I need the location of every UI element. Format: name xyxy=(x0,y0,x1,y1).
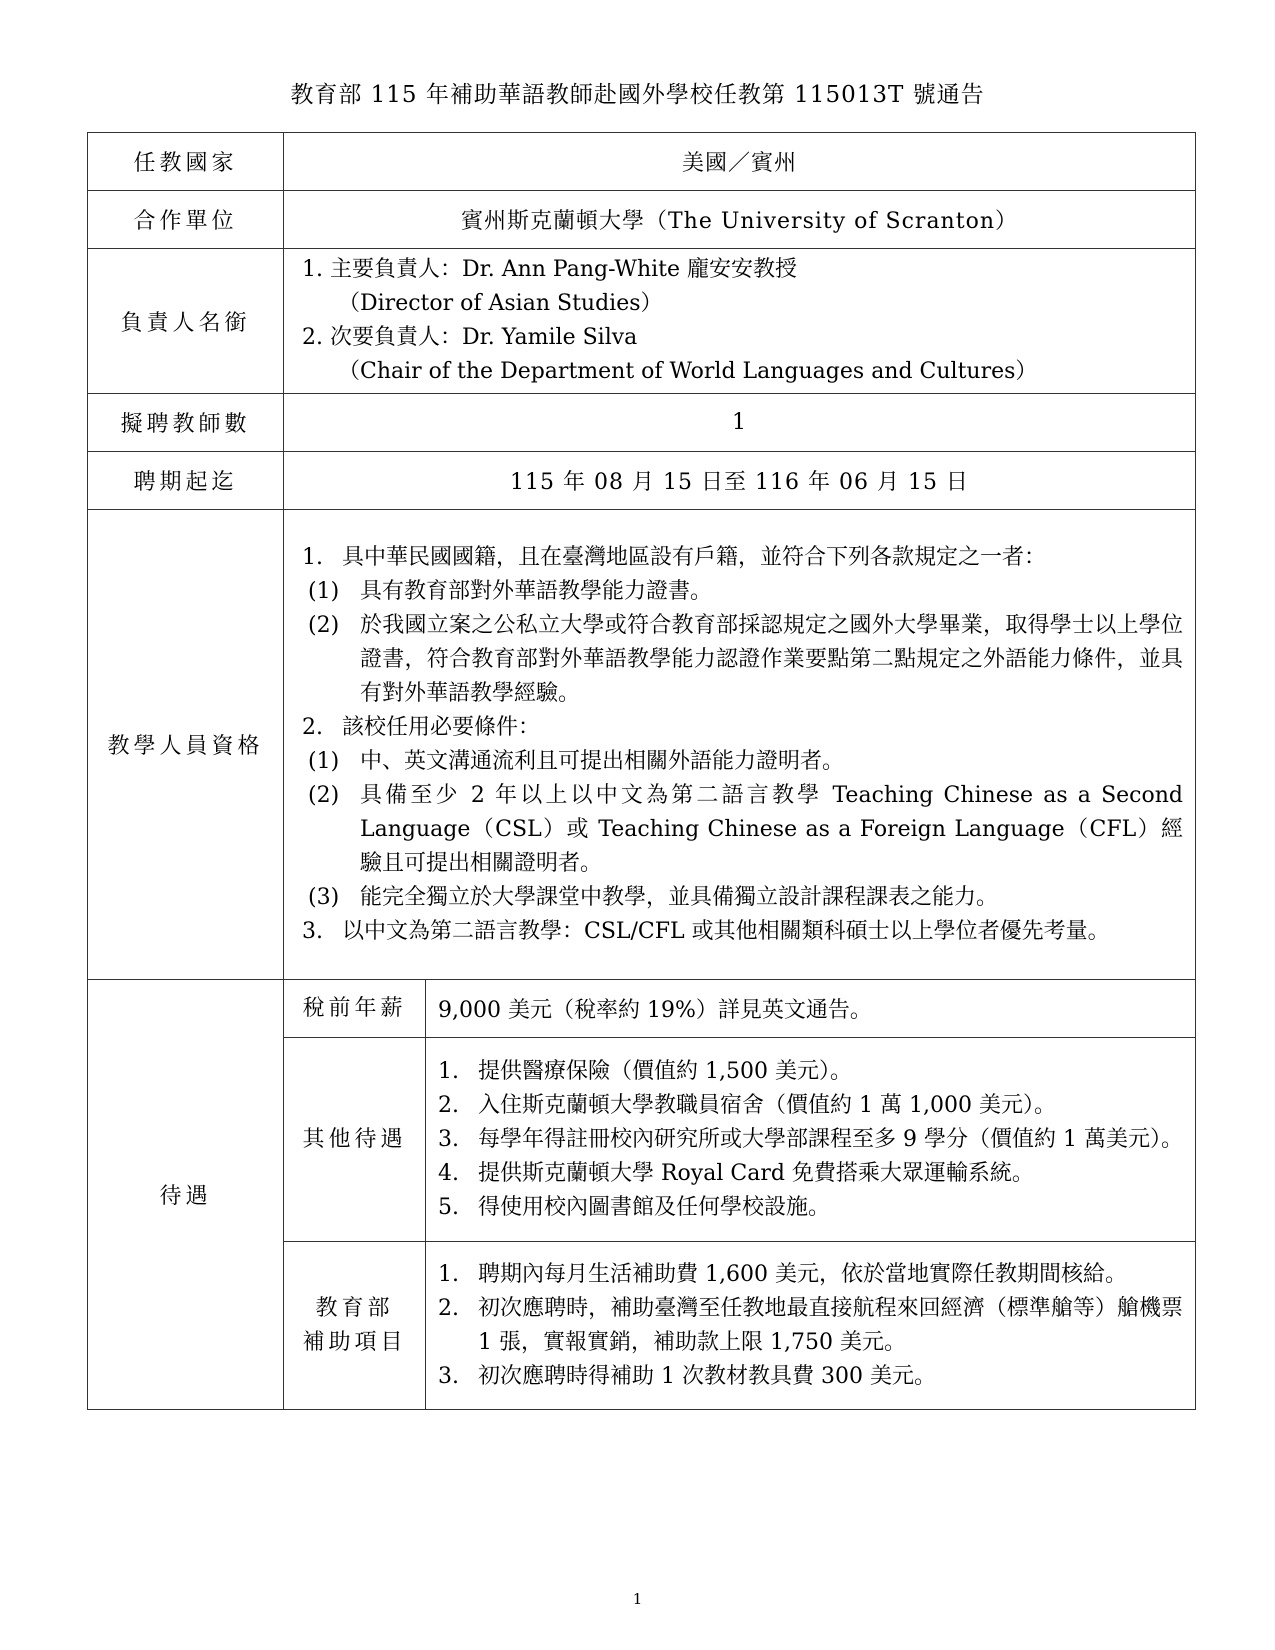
contact-label: 負責人名銜 xyxy=(88,249,284,394)
row-period: 聘期起迄 115 年 08 月 15 日至 116 年 06 月 15 日 xyxy=(88,452,1196,510)
row-country: 任教國家 美國／賓州 xyxy=(88,133,1196,191)
benefit-item: 3.每學年得註冊校內研究所或大學部課程至多 9 學分（價值約 1 萬美元）。 xyxy=(438,1123,1183,1157)
teachers-value: 1 xyxy=(284,394,1196,452)
benefit-item: 5.得使用校內圖書館及任何學校設施。 xyxy=(438,1191,1183,1225)
other-benefits-list: 1.提供醫療保險（價值約 1,500 美元）。 2.入住斯克蘭頓大學教職員宿舍（… xyxy=(426,1038,1196,1242)
subsidy-item: 3.初次應聘時得補助 1 次教材教具費 300 美元。 xyxy=(438,1360,1183,1394)
row-qualifications: 教學人員資格 1.具中華民國國籍，且在臺灣地區設有戶籍，並符合下列各款規定之一者… xyxy=(88,510,1196,980)
qual-subitem: (1)中、英文溝通流利且可提出相關外語能力證明者。 xyxy=(302,745,1183,779)
row-teachers: 擬聘教師數 1 xyxy=(88,394,1196,452)
moe-subsidy-label: 教育部 補助項目 xyxy=(284,1242,426,1410)
salary-value: 9,000 美元（稅率約 19%）詳見英文通告。 xyxy=(426,980,1196,1038)
benefit-item: 2.入住斯克蘭頓大學教職員宿舍（價值約 1 萬 1,000 美元）。 xyxy=(438,1089,1183,1123)
qual-item: 1.具中華民國國籍，且在臺灣地區設有戶籍，並符合下列各款規定之一者： xyxy=(302,541,1183,575)
benefit-item: 1.提供醫療保險（價值約 1,500 美元）。 xyxy=(438,1055,1183,1089)
subsidy-item: 2.初次應聘時，補助臺灣至任教地最直接航程來回經濟（標準艙等）艙機票 1 張，實… xyxy=(438,1292,1183,1360)
qualifications-label: 教學人員資格 xyxy=(88,510,284,980)
contact-line-1: 1. 主要負責人：Dr. Ann Pang-White 龐安安教授 xyxy=(302,253,1183,287)
contact-value: 1. 主要負責人：Dr. Ann Pang-White 龐安安教授 （Direc… xyxy=(284,249,1196,394)
qual-subitem: (1)具有教育部對外華語教學能力證書。 xyxy=(302,575,1183,609)
country-label: 任教國家 xyxy=(88,133,284,191)
page-number: 1 xyxy=(0,1590,1275,1608)
moe-subsidy-list: 1.聘期內每月生活補助費 1,600 美元，依於當地實際任教期間核給。 2.初次… xyxy=(426,1242,1196,1410)
teachers-label: 擬聘教師數 xyxy=(88,394,284,452)
qual-item: 2.該校任用必要條件： xyxy=(302,711,1183,745)
qual-subitem: (2)具備至少 2 年以上以中文為第二語言教學 Teaching Chinese… xyxy=(302,779,1183,881)
subsidy-item: 1.聘期內每月生活補助費 1,600 美元，依於當地實際任教期間核給。 xyxy=(438,1258,1183,1292)
qual-item: 3.以中文為第二語言教學：CSL/CFL 或其他相關類科碩士以上學位者優先考量。 xyxy=(302,915,1183,949)
period-value: 115 年 08 月 15 日至 116 年 06 月 15 日 xyxy=(284,452,1196,510)
partner-value: 賓州斯克蘭頓大學（The University of Scranton） xyxy=(284,191,1196,249)
period-label: 聘期起迄 xyxy=(88,452,284,510)
other-benefits-label: 其他待遇 xyxy=(284,1038,426,1242)
contact-line-2: （Director of Asian Studies） xyxy=(302,287,1183,321)
document-title: 教育部 115 年補助華語教師赴國外學校任教第 115013T 號通告 xyxy=(0,76,1275,109)
announcement-table: 任教國家 美國／賓州 合作單位 賓州斯克蘭頓大學（The University … xyxy=(87,132,1196,1410)
country-value: 美國／賓州 xyxy=(284,133,1196,191)
qual-subitem: (2)於我國立案之公私立大學或符合教育部採認規定之國外大學畢業，取得學士以上學位… xyxy=(302,609,1183,711)
row-salary: 待遇 稅前年薪 9,000 美元（稅率約 19%）詳見英文通告。 xyxy=(88,980,1196,1038)
row-contact: 負責人名銜 1. 主要負責人：Dr. Ann Pang-White 龐安安教授 … xyxy=(88,249,1196,394)
qual-subitem: (3)能完全獨立於大學課堂中教學，並具備獨立設計課程課表之能力。 xyxy=(302,881,1183,915)
benefits-label: 待遇 xyxy=(88,980,284,1410)
benefit-item: 4.提供斯克蘭頓大學 Royal Card 免費搭乘大眾運輸系統。 xyxy=(438,1157,1183,1191)
contact-line-3: 2. 次要負責人：Dr. Yamile Silva xyxy=(302,321,1183,355)
partner-label: 合作單位 xyxy=(88,191,284,249)
row-partner: 合作單位 賓州斯克蘭頓大學（The University of Scranton… xyxy=(88,191,1196,249)
salary-label: 稅前年薪 xyxy=(284,980,426,1038)
qualifications-value: 1.具中華民國國籍，且在臺灣地區設有戶籍，並符合下列各款規定之一者： (1)具有… xyxy=(284,510,1196,980)
contact-line-4: （Chair of the Department of World Langua… xyxy=(302,355,1183,389)
